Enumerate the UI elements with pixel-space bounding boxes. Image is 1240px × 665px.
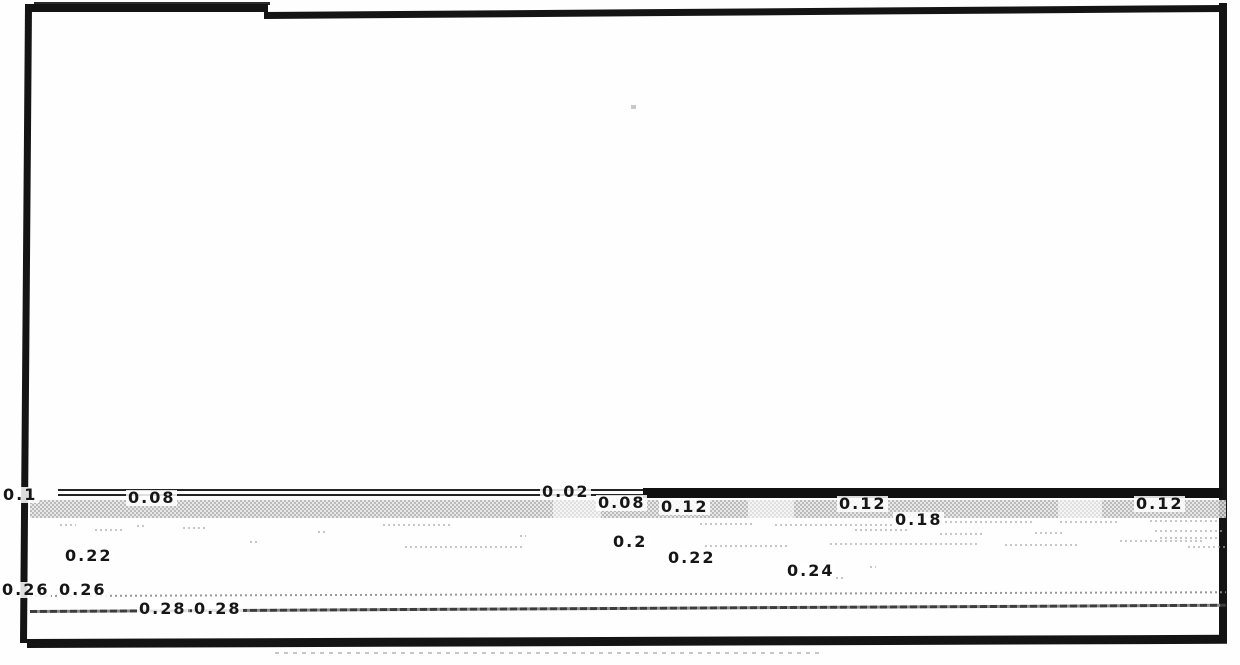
scan-noise-dashes <box>1005 544 1080 546</box>
scan-noise-dashes <box>318 531 326 533</box>
contour-level-label: 0.08 <box>126 490 177 506</box>
scan-noise-dashes <box>705 545 790 547</box>
scan-noise-dashes <box>870 566 876 568</box>
scan-noise-dashes <box>1035 532 1065 534</box>
below-frame-scan-dashes <box>275 652 820 654</box>
scan-noise-dashes <box>836 577 846 579</box>
scan-noise-dashes <box>405 546 525 548</box>
contour-level-label: 0.28 <box>137 601 188 617</box>
scan-noise-dashes <box>137 525 147 527</box>
scan-noise-dashes <box>1060 521 1120 523</box>
contour-level-label: 0.2 <box>611 534 649 550</box>
frame-border-left <box>20 5 32 643</box>
scan-noise-dashes <box>250 541 258 543</box>
scan-noise-dashes <box>1120 540 1205 542</box>
scan-noise-dashes <box>1188 546 1226 548</box>
scan-noise-dashes <box>940 533 985 535</box>
contour-level-label: 0.12 <box>837 496 888 512</box>
scan-noise-dashes <box>775 524 895 526</box>
scan-noise-dashes <box>520 535 526 537</box>
contour-level-label: 0.26 <box>0 582 51 598</box>
contour-level-label: 0.02 <box>540 484 591 500</box>
scan-noise-dashes <box>855 529 910 531</box>
frame-border-top-right-segment <box>264 5 1225 19</box>
scan-noise-dashes <box>1155 530 1225 532</box>
scanned-contour-figure: 0.10.080.020.080.120.120.120.180.20.220.… <box>0 0 1240 665</box>
contour-line-dotted <box>30 591 1226 597</box>
scan-noise-dashes <box>183 527 205 529</box>
shaded-band-light-gap <box>748 500 794 518</box>
scan-noise-dashes <box>700 523 755 525</box>
scan-speck-artifact <box>631 105 636 109</box>
contour-level-label: 0.12 <box>1134 496 1185 512</box>
contour-level-label: 0.28 <box>192 601 243 617</box>
contour-level-label: 0.22 <box>666 550 717 566</box>
shaded-band-light-gap <box>553 500 601 518</box>
contour-level-label: 0.08 <box>596 495 647 511</box>
scan-noise-dashes <box>95 529 123 531</box>
scan-noise-dashes <box>1160 537 1220 539</box>
scan-noise-dashes <box>830 543 980 545</box>
scan-noise-dashes <box>940 521 1035 523</box>
contour-level-label: 0.18 <box>893 512 944 528</box>
scan-noise-dashes <box>60 524 76 526</box>
contour-level-label: 0.1 <box>1 487 39 503</box>
frame-border-top-left-segment <box>25 4 268 12</box>
frame-border-bottom <box>27 635 1227 648</box>
contour-level-label: 0.22 <box>63 548 114 564</box>
contour-level-label: 0.24 <box>785 563 836 579</box>
contour-level-label: 0.12 <box>659 499 710 515</box>
contour-level-label: 0.26 <box>57 582 108 598</box>
shaded-band-light-gap <box>1058 500 1102 518</box>
scan-noise-dashes <box>383 524 453 526</box>
scan-noise-dashes <box>1150 520 1220 522</box>
